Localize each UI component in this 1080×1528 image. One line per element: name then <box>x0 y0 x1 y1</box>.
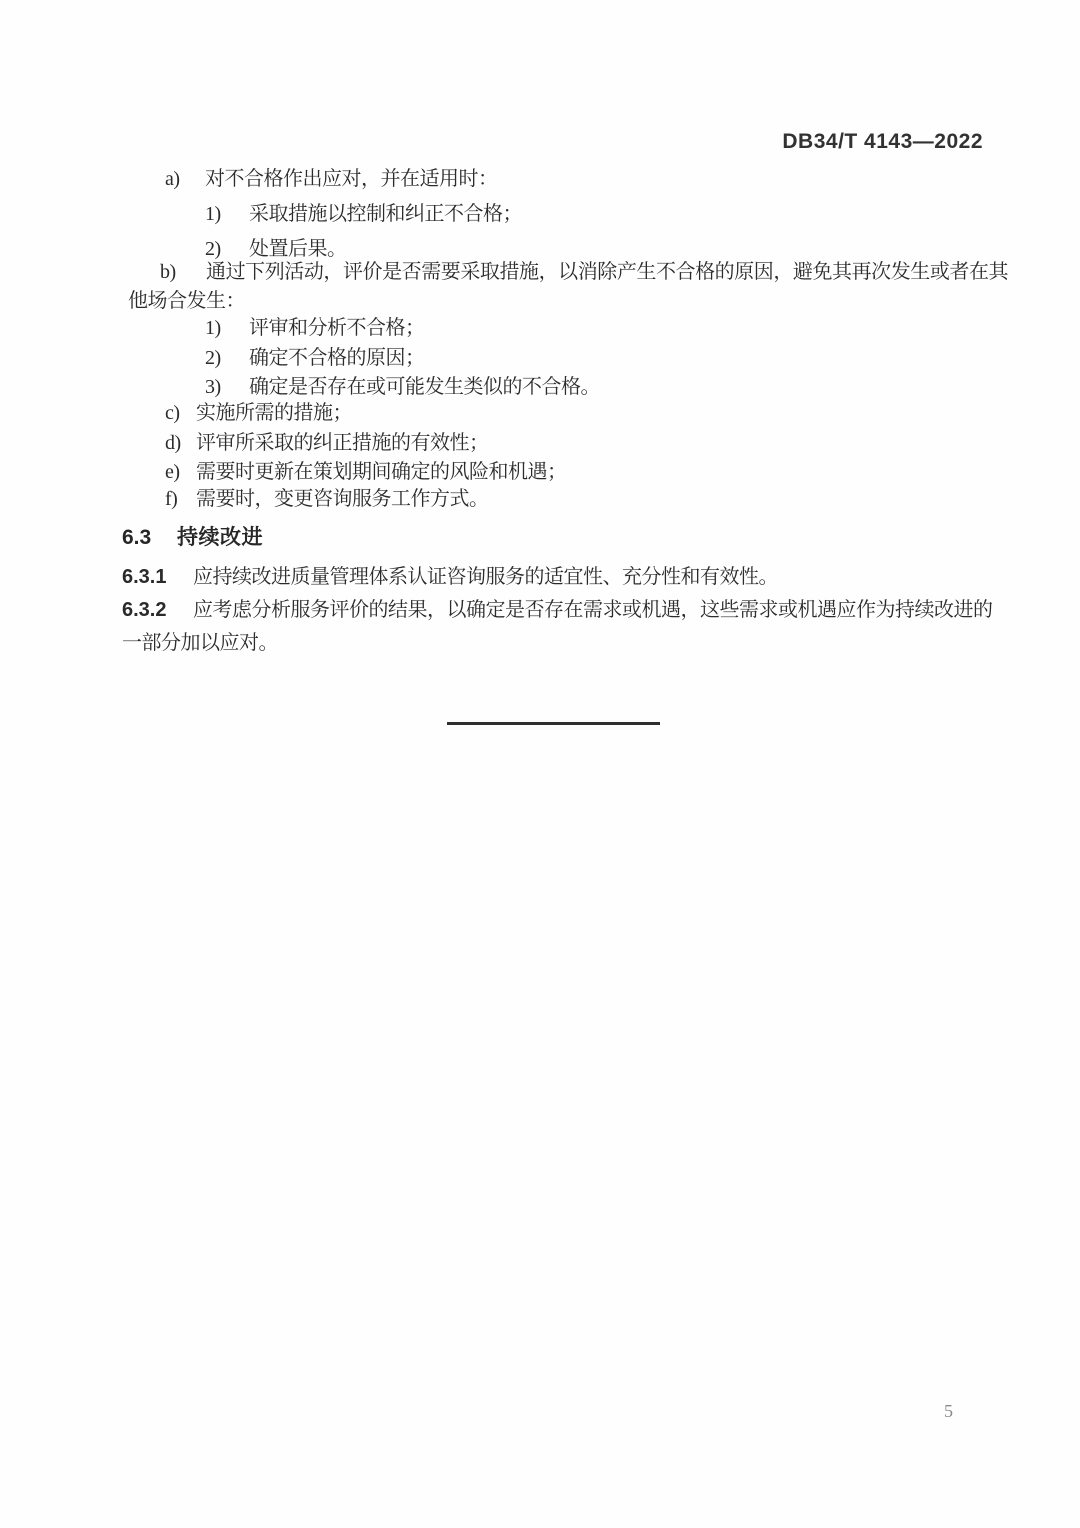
document-page: DB34/T 4143—2022 a)对不合格作出应对，并在适用时： 1)采取措… <box>0 0 1080 1528</box>
list-marker: 2) <box>205 345 249 371</box>
page-number: 5 <box>944 1401 953 1422</box>
clause-6-3-2: 6.3.2应考虑分析服务评价的结果，以确定是否存在需求或机遇，这些需求或机遇应作… <box>122 594 1008 660</box>
document-code: DB34/T 4143—2022 <box>782 130 983 154</box>
section-heading: 6.3持续改进 <box>122 521 263 551</box>
list-item-text: 确定是否存在或可能发生类似的不合格。 <box>249 376 600 398</box>
clause-text: 应考虑分析服务评价的结果，以确定是否存在需求或机遇，这些需求或机遇应作为持续改进… <box>122 599 993 654</box>
list-marker: d) <box>165 430 196 456</box>
list-item-text: 评审所采取的纠正措施的有效性； <box>196 432 489 454</box>
list-item-text: 通过下列活动，评价是否需要采取措施，以消除产生不合格的原因，避免其再次发生或者在… <box>128 261 1008 312</box>
list-item-text: 采取措施以控制和纠正不合格； <box>249 203 522 225</box>
list-marker: e) <box>165 459 196 485</box>
list-subitem-b1: 1)评审和分析不合格； <box>128 315 425 341</box>
list-marker: f) <box>165 486 196 512</box>
list-marker: 3) <box>205 374 249 400</box>
list-item-text: 需要时，变更咨询服务工作方式。 <box>196 488 489 510</box>
clause-number: 6.3.1 <box>122 561 193 594</box>
list-item-f: f)需要时，变更咨询服务工作方式。 <box>128 486 489 512</box>
list-item-text: 确定不合格的原因； <box>249 347 425 369</box>
list-marker: a) <box>165 166 205 192</box>
list-marker: 1) <box>205 201 249 227</box>
list-marker: c) <box>165 400 196 426</box>
list-item-a: a)对不合格作出应对，并在适用时： <box>128 166 498 192</box>
section-title: 持续改进 <box>177 526 263 549</box>
list-item-text: 评审和分析不合格； <box>249 317 425 339</box>
list-item-e: e)需要时更新在策划期间确定的风险和机遇； <box>128 459 567 485</box>
list-item-text: 处置后果。 <box>249 238 347 260</box>
list-item-b: b)通过下列活动，评价是否需要采取措施，以消除产生不合格的原因，避免其再次发生或… <box>128 258 1008 316</box>
list-item-c: c)实施所需的措施； <box>128 400 352 426</box>
list-subitem-a1: 1)采取措施以控制和纠正不合格； <box>128 201 522 227</box>
clause-text: 应持续改进质量管理体系认证咨询服务的适宜性、充分性和有效性。 <box>193 566 778 588</box>
clause-6-3-1: 6.3.1应持续改进质量管理体系认证咨询服务的适宜性、充分性和有效性。 <box>122 561 1008 594</box>
list-item-text: 需要时更新在策划期间确定的风险和机遇； <box>196 461 567 483</box>
clause-number: 6.3.2 <box>122 594 193 627</box>
list-item-d: d)评审所采取的纠正措施的有效性； <box>128 430 489 456</box>
list-subitem-b3: 3)确定是否存在或可能发生类似的不合格。 <box>128 374 600 400</box>
list-item-text: 实施所需的措施； <box>196 402 352 424</box>
list-item-text: 对不合格作出应对，并在适用时： <box>205 168 498 190</box>
document-end-divider <box>447 722 660 725</box>
section-number: 6.3 <box>122 526 177 550</box>
list-marker: 1) <box>205 315 249 341</box>
list-marker: b) <box>160 258 206 287</box>
list-subitem-b2: 2)确定不合格的原因； <box>128 345 425 371</box>
